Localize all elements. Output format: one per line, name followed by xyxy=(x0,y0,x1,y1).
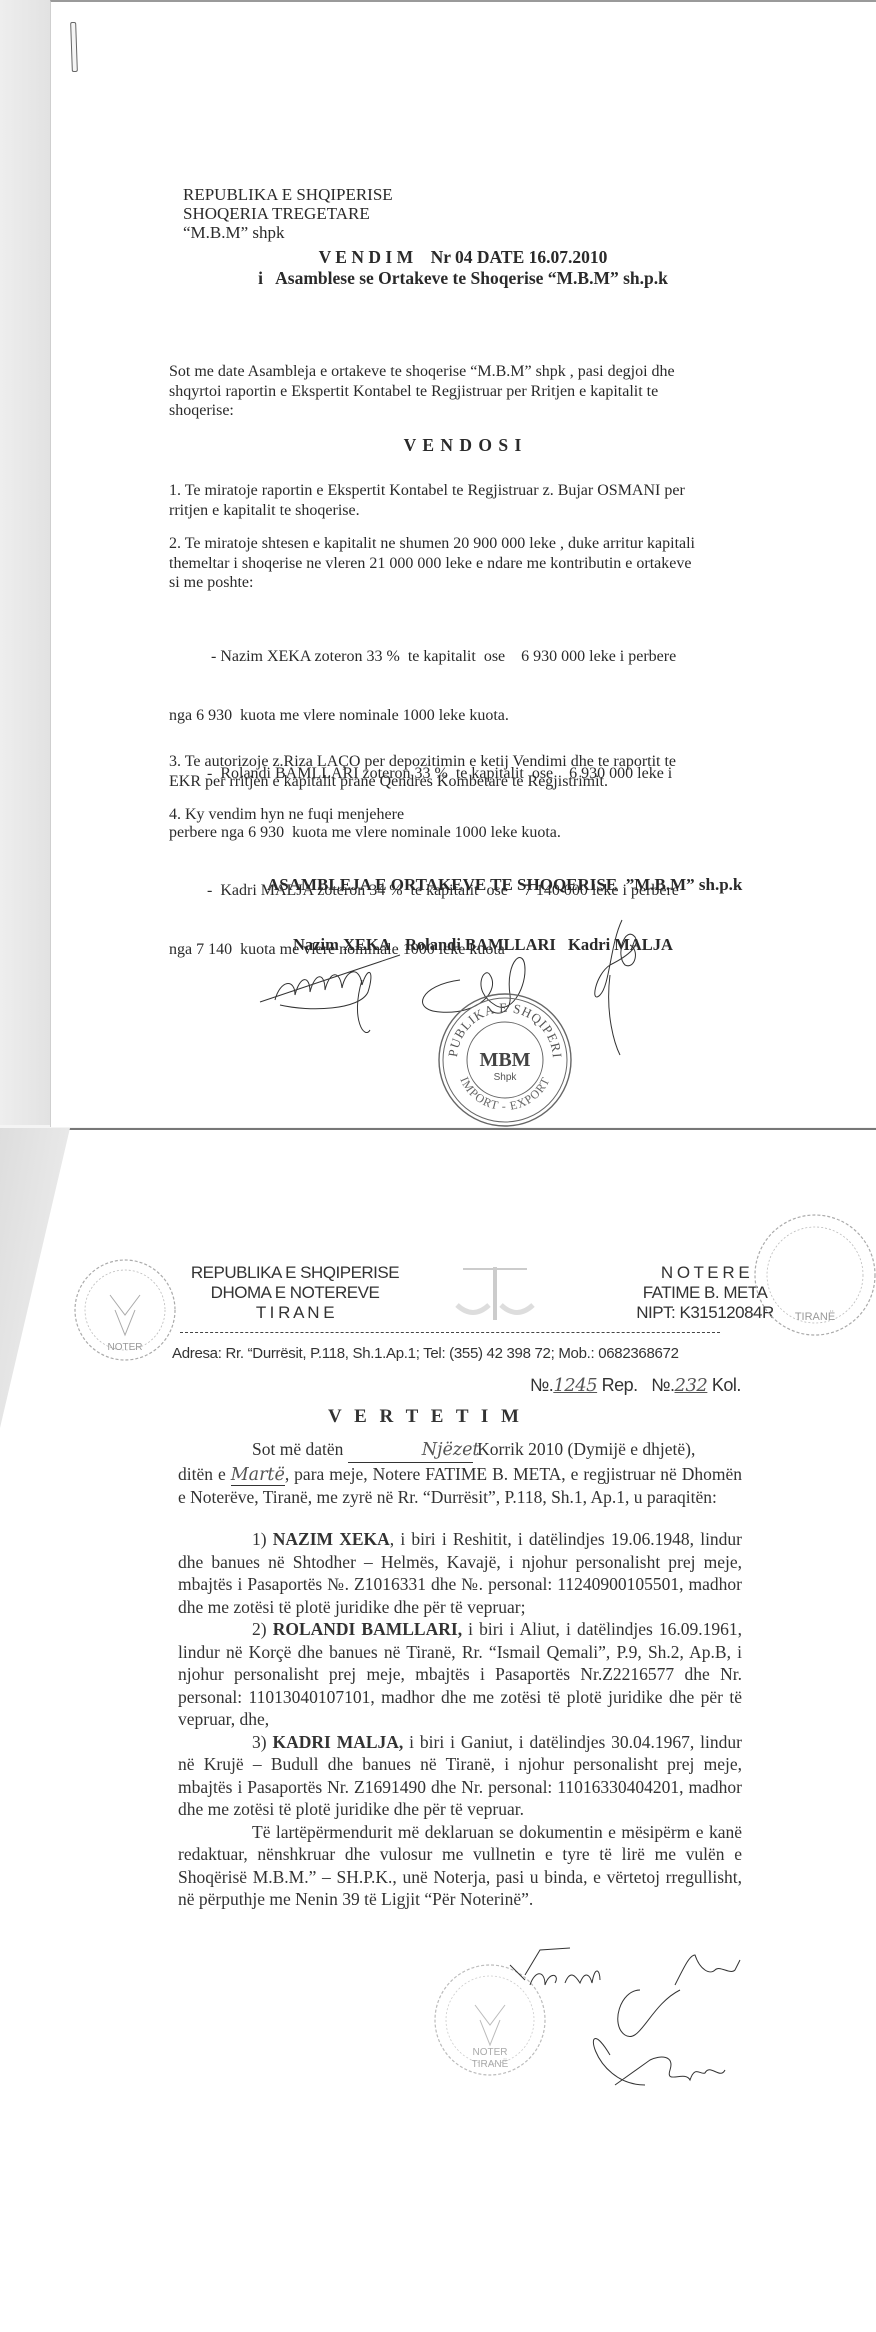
notary-seal-left: NOTER xyxy=(70,1250,180,1370)
person-entry: 3) KADRI MALJA, i biri i Ganiut, i datël… xyxy=(178,1731,742,1821)
decision-item-2: 2. Te miratoje shtesen e kapitalit ne sh… xyxy=(169,534,699,593)
person-entry: 1) NAZIM XEKA, i biri i Reshitit, i datë… xyxy=(178,1528,742,1618)
company-stamp: REPUBLIKA E SHQIPERISE IMPORT - EXPORT M… xyxy=(435,990,575,1130)
header-line: REPUBLIKA E SHQIPERISE xyxy=(183,185,393,204)
rep-number: 1245 xyxy=(553,1375,597,1396)
header-divider xyxy=(180,1332,720,1333)
header-line: “M.B.M” shpk xyxy=(183,223,393,242)
header-line: SHOQERIA TREGETARE xyxy=(183,204,393,223)
signature-malja xyxy=(580,915,660,1055)
person-number: 3) xyxy=(252,1732,267,1752)
person-name: KADRI MALJA, xyxy=(272,1732,403,1752)
header-line: T I R A N E xyxy=(170,1303,420,1323)
person-number: 1) xyxy=(252,1529,267,1549)
handwritten-day: Njëzet xyxy=(348,1439,473,1463)
shareholder-line: nga 6 930 kuota me vlere nominale 1000 l… xyxy=(169,706,699,726)
rep-no-label: №. xyxy=(530,1375,553,1395)
register-numbers: №.1245 Rep. №.232 Kol. xyxy=(530,1375,741,1396)
kol-label: Kol. xyxy=(712,1375,741,1395)
notary-signature xyxy=(500,1945,780,2095)
header-line: DHOMA E NOTEREVE xyxy=(170,1283,420,1303)
person-name: ROLANDI BAMLLARI, xyxy=(273,1619,462,1639)
shareholder-line: - Nazim XEKA zoteron 33 % te kapitalit o… xyxy=(169,647,699,667)
scan-background-left xyxy=(0,0,50,1125)
date-text: Korrik 2010 (Dymijë e dhjetë), xyxy=(477,1439,695,1459)
scales-emblem-icon xyxy=(455,1265,535,1325)
intro-paragraph: Sot me date Asambleja e ortakeve te shoq… xyxy=(169,362,699,421)
decision-item-3: 3. Te autorizoje z.Riza LAÇO per depozit… xyxy=(169,752,699,791)
closing-statement: Të lartëpërmendurit më deklaruan se doku… xyxy=(178,1821,742,1911)
svg-text:NOTER: NOTER xyxy=(108,1342,143,1353)
person-number: 2) xyxy=(252,1619,267,1639)
notary-seal-right: TIRANË xyxy=(740,1210,876,1350)
decided-heading: V E N D O S I xyxy=(50,435,876,456)
chamber-header: REPUBLIKA E SHQIPERISE DHOMA E NOTEREVE … xyxy=(170,1263,420,1323)
svg-text:MBM: MBM xyxy=(479,1049,530,1071)
certification-title: V E R T E T I M xyxy=(328,1406,523,1428)
person-name: NAZIM XEKA xyxy=(273,1529,390,1549)
svg-text:Shpk: Shpk xyxy=(494,1072,518,1083)
svg-text:REPUBLIKA E SHQIPERISE: REPUBLIKA E SHQIPERISE xyxy=(430,978,565,1059)
kol-no-label: №. xyxy=(651,1375,674,1395)
rep-label: Rep. xyxy=(602,1375,638,1395)
person-entry: 2) ROLANDI BAMLLARI, i biri i Aliut, i d… xyxy=(178,1618,742,1731)
decision-item-1: 1. Te miratoje raportin e Ekspertit Kont… xyxy=(169,481,699,520)
certification-intro: Sot më datën Njëzet Korrik 2010 (Dymijë … xyxy=(178,1438,742,1509)
decision-title: V E N D I M Nr 04 DATE 16.07.2010 xyxy=(50,247,876,268)
notary-address: Adresa: Rr. “Durrësit, P.118, Sh.1.Ap.1;… xyxy=(172,1344,679,1364)
date-label: Sot më datën xyxy=(252,1439,343,1459)
decision-subtitle: i Asamblese se Ortakeve te Shoqerise “M.… xyxy=(50,268,876,289)
assembly-title: ASAMBLEJA E ORTAKEVE TE SHOQERISE ”M.B.M… xyxy=(267,875,742,895)
handwritten-weekday: Martë xyxy=(231,1465,285,1486)
svg-text:TIRANË: TIRANË xyxy=(795,1311,835,1323)
header-line: REPUBLIKA E SHQIPERISE xyxy=(170,1263,420,1283)
company-header: REPUBLIKA E SHQIPERISE SHOQERIA TREGETAR… xyxy=(183,185,393,242)
kol-number: 232 xyxy=(675,1375,708,1396)
shareholder-line: perbere nga 6 930 kuota me vlere nominal… xyxy=(169,823,699,843)
weekday-label: ditën e xyxy=(178,1464,226,1484)
decision-item-4: 4. Ky vendim hyn ne fuqi menjehere xyxy=(169,805,699,825)
person-list: 1) NAZIM XEKA, i biri i Reshitit, i datë… xyxy=(178,1528,742,1911)
